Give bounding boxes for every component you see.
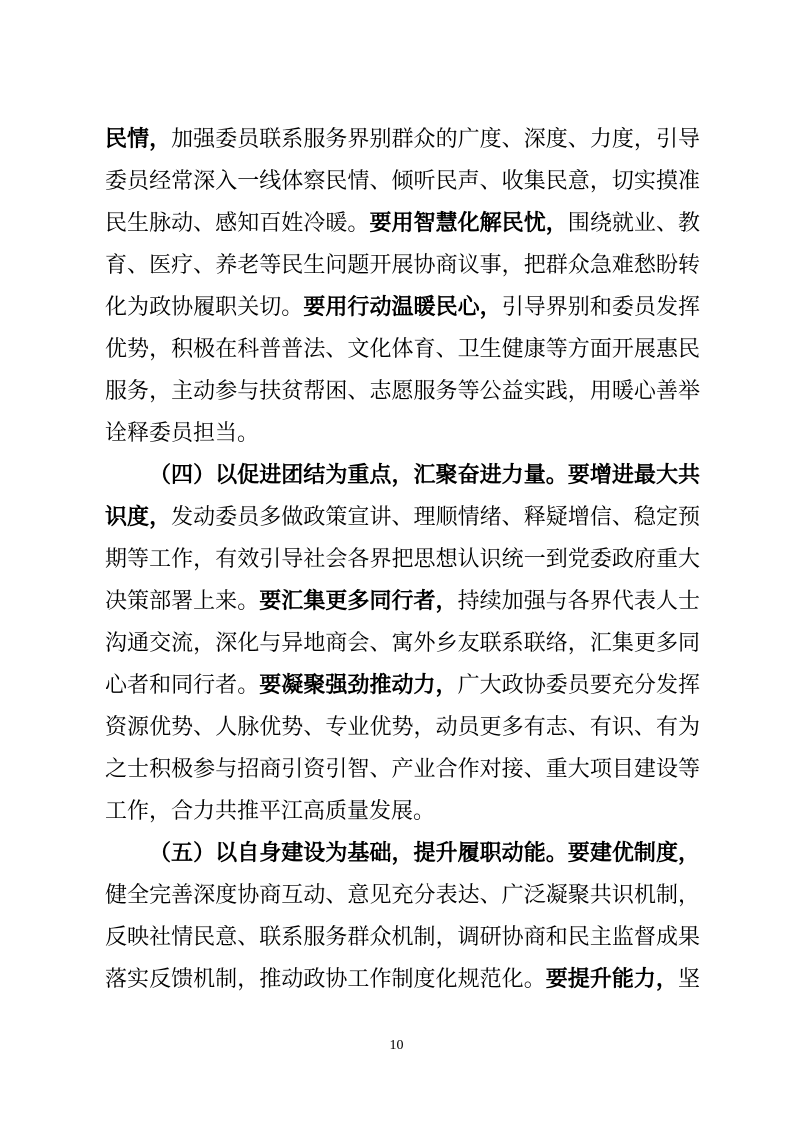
text-segment: 育、医疗、养老等民生问题开展协商议事，把群众急难愁盼转: [105, 252, 700, 277]
text-segment: 服务，主动参与扶贫帮困、志愿服务等公益实践，用暖心善举: [105, 378, 700, 403]
text-segment: 诠释委员担当。: [105, 420, 259, 445]
text-segment: 加强委员联系服务界别群众的广度、深度、力度，引导: [171, 126, 700, 151]
text-line: 反映社情民意、联系服务群众机制，调研协商和民主监督成果: [105, 916, 700, 958]
text-segment: 资源优势、人脉优势、专业优势，动员更多有志、有识、有为: [105, 714, 700, 739]
text-segment: 广大政协委员要充分发挥: [458, 672, 700, 697]
text-line: 优势，积极在科普普法、文化体育、卫生健康等方面开展惠民: [105, 328, 700, 370]
text-segment: 优势，积极在科普普法、文化体育、卫生健康等方面开展惠民: [105, 336, 700, 361]
page-number: 10: [390, 1038, 404, 1053]
bold-text-segment: 要凝聚强劲推动力，: [259, 672, 457, 697]
text-segment: 委员经常深入一线体察民情、倾听民声、收集民意，切实摸准: [105, 168, 700, 193]
text-segment: 决策部署上来。: [105, 588, 259, 613]
text-line: 健全完善深度协商互动、意见充分表达、广泛凝聚共识机制，: [105, 874, 700, 916]
text-segment: 期等工作，有效引导社会各界把思想认识统一到党委政府重大: [105, 546, 700, 571]
text-line: 期等工作，有效引导社会各界把思想认识统一到党委政府重大: [105, 538, 700, 580]
bold-text-segment: 识度，: [105, 504, 171, 529]
text-line: 服务，主动参与扶贫帮困、志愿服务等公益实践，用暖心善举: [105, 370, 700, 412]
text-line: 民生脉动、感知百姓冷暖。要用智慧化解民忧，围绕就业、教: [105, 202, 700, 244]
text-segment: 工作，合力共推平江高质量发展。: [105, 798, 435, 823]
text-segment: 民生脉动、感知百姓冷暖。: [105, 210, 369, 235]
text-segment: 持续加强与各界代表人士: [458, 588, 700, 613]
text-segment: 落实反馈机制，推动政协工作制度化规范化。: [105, 966, 546, 991]
text-line: 之士积极参与招商引资引智、产业合作对接、重大项目建设等: [105, 748, 700, 790]
text-line: （五）以自身建设为基础，提升履职动能。要建优制度，: [105, 832, 700, 874]
text-line: 落实反馈机制，推动政协工作制度化规范化。要提升能力，坚: [105, 958, 700, 1000]
text-segment: 围绕就业、教: [568, 210, 700, 235]
text-line: 识度，发动委员多做政策宣讲、理顺情绪、释疑增信、稳定预: [105, 496, 700, 538]
bold-text-segment: （五）以自身建设为基础，提升履职动能。要建优制度，: [149, 840, 700, 865]
text-segment: 沟通交流，深化与异地商会、寓外乡友联系联络，汇集更多同: [105, 630, 700, 655]
bold-text-segment: 民情，: [105, 126, 171, 151]
text-line: 委员经常深入一线体察民情、倾听民声、收集民意，切实摸准: [105, 160, 700, 202]
text-line: 诠释委员担当。: [105, 412, 700, 454]
text-line: 育、医疗、养老等民生问题开展协商议事，把群众急难愁盼转: [105, 244, 700, 286]
document-page: 民情，加强委员联系服务界别群众的广度、深度、力度，引导委员经常深入一线体察民情、…: [0, 0, 793, 1122]
page-footer: 10: [0, 1036, 793, 1056]
text-line: 决策部署上来。要汇集更多同行者，持续加强与各界代表人士: [105, 580, 700, 622]
text-segment: 引导界别和委员发挥: [502, 294, 700, 319]
text-segment: 心者和同行者。: [105, 672, 259, 697]
text-segment: 之士积极参与招商引资引智、产业合作对接、重大项目建设等: [105, 756, 700, 781]
text-segment: 发动委员多做政策宣讲、理顺情绪、释疑增信、稳定预: [171, 504, 700, 529]
bold-text-segment: 要提升能力，: [546, 966, 678, 991]
text-block: 民情，加强委员联系服务界别群众的广度、深度、力度，引导委员经常深入一线体察民情、…: [105, 118, 700, 1000]
text-line: 沟通交流，深化与异地商会、寓外乡友联系联络，汇集更多同: [105, 622, 700, 664]
text-line: 民情，加强委员联系服务界别群众的广度、深度、力度，引导: [105, 118, 700, 160]
bold-text-segment: 要汇集更多同行者，: [259, 588, 457, 613]
text-line: 心者和同行者。要凝聚强劲推动力，广大政协委员要充分发挥: [105, 664, 700, 706]
text-line: （四）以促进团结为重点，汇聚奋进力量。要增进最大共: [105, 454, 700, 496]
bold-text-segment: 要用智慧化解民忧，: [369, 210, 567, 235]
bold-text-segment: 要用行动温暖民心，: [303, 294, 501, 319]
text-line: 资源优势、人脉优势、专业优势，动员更多有志、有识、有为: [105, 706, 700, 748]
text-line: 化为政协履职关切。要用行动温暖民心，引导界别和委员发挥: [105, 286, 700, 328]
text-segment: 坚: [678, 966, 700, 991]
text-segment: 反映社情民意、联系服务群众机制，调研协商和民主监督成果: [105, 924, 700, 949]
bold-text-segment: （四）以促进团结为重点，汇聚奋进力量。要增进最大共: [149, 462, 700, 487]
text-line: 工作，合力共推平江高质量发展。: [105, 790, 700, 832]
text-segment: 健全完善深度协商互动、意见充分表达、广泛凝聚共识机制，: [105, 882, 700, 907]
text-segment: 化为政协履职关切。: [105, 294, 303, 319]
